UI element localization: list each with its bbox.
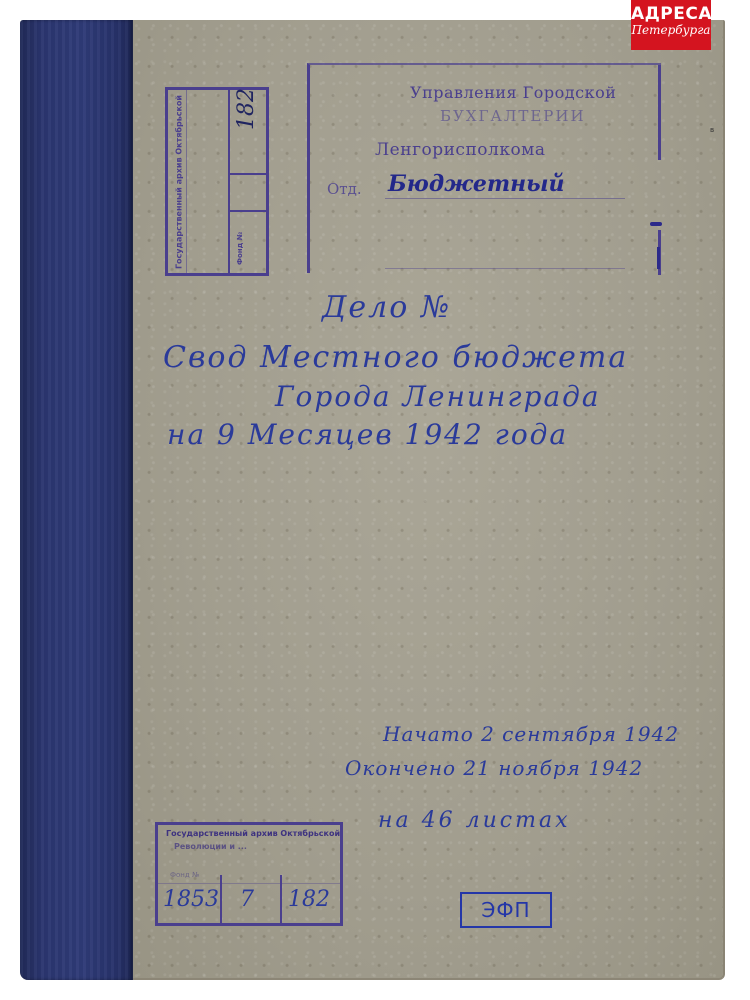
archive-stamp-vertical-text: Государственный архив Октябрьской (172, 90, 187, 273)
brand-title: АДРЕСА (631, 0, 711, 24)
otdel-label: Отд. (327, 180, 362, 198)
efp-stamp: ЭФП (460, 892, 552, 928)
brand-subtitle: Петербурга (631, 23, 711, 37)
ink-mark (657, 247, 660, 269)
title-line-3: на 9 Месяцев 1942 года (167, 418, 568, 451)
fond-label: Фонд № (236, 232, 244, 265)
archive-stamp-top-left: Государственный архив Октябрьской Фонд №… (165, 87, 269, 276)
margin-mark: в (710, 126, 714, 134)
underline (385, 198, 625, 199)
ink-mark (650, 222, 662, 226)
fond-number: 1853 (163, 887, 219, 912)
stamp-divider (228, 173, 266, 175)
delo-number: 182 (288, 887, 330, 912)
end-date: Окончено 21 ноября 1942 (345, 756, 643, 780)
title-line-2: Города Ленинграда (275, 380, 601, 413)
stamp-divider (228, 90, 230, 273)
stamp-line-3: Ленгорисполкома (375, 140, 546, 160)
stamp-line-1: Управления Городской (410, 83, 616, 102)
stamp-border (658, 65, 661, 160)
opis-number: 7 (240, 887, 254, 912)
folder-spine (20, 20, 133, 980)
stamp-divider (280, 875, 282, 923)
department-stamp: Управления Городской БУХГАЛТЕРИИ Ленгори… (307, 63, 661, 273)
stamp-divider (158, 883, 340, 884)
delo-label: Дело № (322, 290, 451, 325)
start-date: Начато 2 сентября 1942 (383, 722, 679, 746)
sheet-count: на 46 листах (378, 808, 570, 833)
adresa-peterburga-logo[interactable]: АДРЕСА Петербурга (631, 0, 711, 50)
otdel-value: Бюджетный (388, 171, 565, 197)
underline (385, 268, 625, 269)
archive-stamp-bottom: Государственный архив Октябрьской Револю… (155, 822, 343, 926)
fond-label: Фонд № (170, 871, 199, 879)
stamp-line-2: БУХГАЛТЕРИИ (440, 107, 586, 125)
stamp-divider (228, 210, 266, 212)
title-line-1: Свод Местного бюджета (163, 340, 628, 375)
archive-stamp-header: Государственный архив Октябрьской (166, 829, 340, 838)
delo-number-handwritten: 182 (234, 88, 259, 130)
stamp-divider (220, 875, 222, 923)
archive-stamp-subheader: Революции и ... (174, 842, 247, 851)
